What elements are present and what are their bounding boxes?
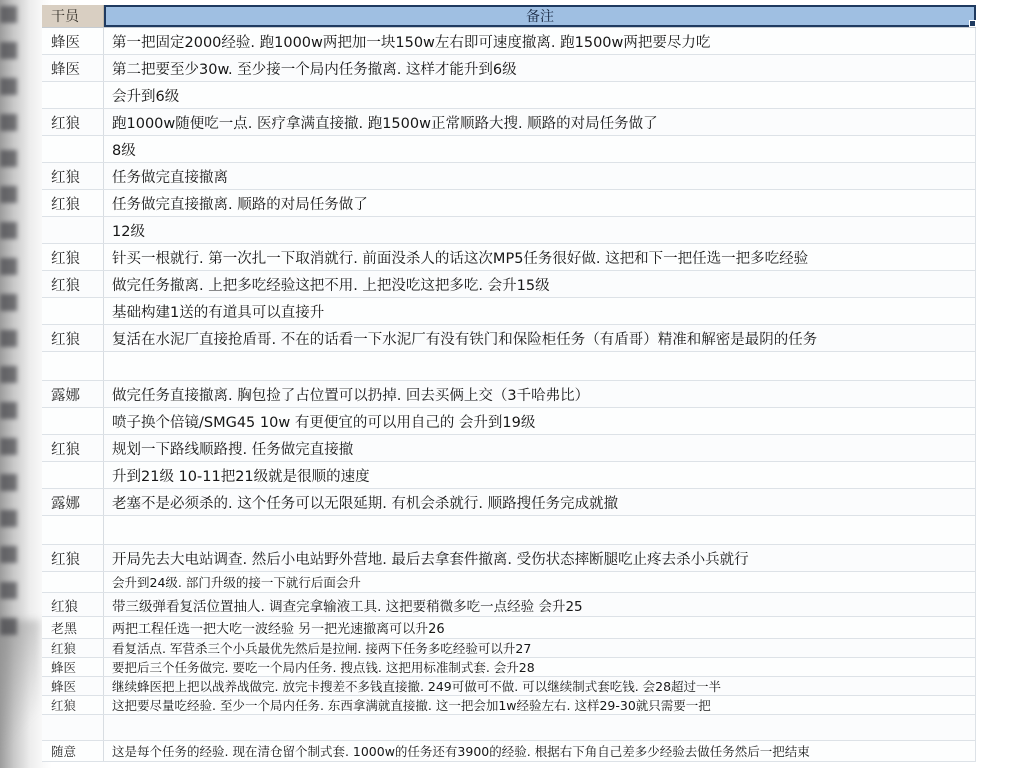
table-row: 12级 <box>42 217 976 244</box>
operator-cell[interactable]: 红狼 <box>42 271 104 297</box>
operator-cell[interactable]: 露娜 <box>42 381 104 407</box>
note-cell[interactable]: 第二把要至少30w. 至少接一个局内任务撤离. 这样才能升到6级 <box>104 55 976 81</box>
operator-cell[interactable]: 老黑 <box>42 617 104 638</box>
table-row: 红狼 带三级弹看复活位置抽人. 调查完拿输液工具. 这把要稍微多吃一点经验 会升… <box>42 593 976 617</box>
table-row: 红狼 任务做完直接撤离. 顺路的对局任务做了 <box>42 190 976 217</box>
note-cell[interactable]: 带三级弹看复活位置抽人. 调查完拿输液工具. 这把要稍微多吃一点经验 会升25 <box>104 593 976 616</box>
table-row: 红狼 这把要尽量吃经验. 至少一个局内任务. 东西拿满就直接撤. 这一把会加1w… <box>42 696 976 715</box>
table-row: 红狼 开局先去大电站调查. 然后小电站野外营地. 最后去拿套件撤离. 受伤状态摔… <box>42 545 976 572</box>
operator-cell[interactable]: 红狼 <box>42 435 104 461</box>
operator-cell[interactable]: 红狼 <box>42 244 104 270</box>
note-cell[interactable]: 任务做完直接撤离 <box>104 163 976 189</box>
table-row: 会升到6级 <box>42 82 976 109</box>
table-header-row: 干员 备注 <box>42 5 976 28</box>
operator-column-header[interactable]: 干员 <box>42 5 104 27</box>
operator-cell[interactable]: 红狼 <box>42 696 104 714</box>
operator-cell[interactable]: 红狼 <box>42 545 104 571</box>
table-row-blank <box>42 352 976 381</box>
note-cell[interactable]: 开局先去大电站调查. 然后小电站野外营地. 最后去拿套件撤离. 受伤状态摔断腿吃… <box>104 545 976 571</box>
note-cell[interactable]: 8级 <box>104 136 976 162</box>
table-row: 升到21级 10-11把21级就是很顺的速度 <box>42 462 976 489</box>
table-row: 红狼 规划一下路线顺路搜. 任务做完直接撤 <box>42 435 976 462</box>
note-cell[interactable]: 第一把固定2000经验. 跑1000w两把加一块150w左右即可速度撤离. 跑1… <box>104 28 976 54</box>
table-row: 红狼 做完任务撤离. 上把多吃经验这把不用. 上把没吃这把多吃. 会升15级 <box>42 271 976 298</box>
background-window-artifacts <box>0 6 17 654</box>
note-cell[interactable]: 升到21级 10-11把21级就是很顺的速度 <box>104 462 976 488</box>
table-row: 红狼 针买一根就行. 第一次扎一下取消就行. 前面没杀人的话这次MP5任务很好做… <box>42 244 976 271</box>
operator-cell[interactable]: 随意 <box>42 741 104 761</box>
table-row: 红狼 跑1000w随便吃一点. 医疗拿满直接撤. 跑1500w正常顺路大搜. 顺… <box>42 109 976 136</box>
operator-cell[interactable]: 红狼 <box>42 109 104 135</box>
note-cell[interactable]: 老塞不是必须杀的. 这个任务可以无限延期. 有机会杀就行. 顺路搜任务完成就撤 <box>104 489 976 515</box>
table-row: 蜂医 第二把要至少30w. 至少接一个局内任务撤离. 这样才能升到6级 <box>42 55 976 82</box>
operator-cell[interactable] <box>42 82 104 108</box>
note-cell[interactable]: 规划一下路线顺路搜. 任务做完直接撤 <box>104 435 976 461</box>
table-row: 蜂医 继续蜂医把上把以战养战做完. 放完卡搜差不多钱直接撤. 249可做可不做.… <box>42 677 976 696</box>
operator-cell[interactable] <box>42 217 104 243</box>
table-row: 红狼 复活在水泥厂直接抢盾哥. 不在的话看一下水泥厂有没有铁门和保险柜任务（有盾… <box>42 325 976 352</box>
note-cell[interactable]: 基础构建1送的有道具可以直接升 <box>104 298 976 324</box>
operator-cell[interactable]: 蜂医 <box>42 28 104 54</box>
note-cell[interactable]: 两把工程任选一把大吃一波经验 另一把光速撤离可以升26 <box>104 617 976 638</box>
operator-cell[interactable] <box>42 298 104 324</box>
note-cell[interactable]: 做完任务直接撤离. 胸包捡了占位置可以扔掉. 回去买俩上交（3千哈弗比） <box>104 381 976 407</box>
table-row: 会升到24级. 部门升级的接一下就行后面会升 <box>42 572 976 593</box>
operator-cell[interactable] <box>42 516 104 544</box>
note-cell[interactable]: 看复活点. 军营杀三个小兵最优先然后是拉闸. 接两下任务多吃经验可以升27 <box>104 639 976 657</box>
operator-cell[interactable] <box>42 462 104 488</box>
note-cell[interactable]: 要把后三个任务做完. 要吃一个局内任务. 搜点钱. 这把用标准制式套. 会升28 <box>104 658 976 676</box>
operator-cell[interactable] <box>42 408 104 434</box>
note-cell[interactable]: 12级 <box>104 217 976 243</box>
operator-cell[interactable]: 蜂医 <box>42 55 104 81</box>
table-row-blank <box>42 516 976 545</box>
table-row-blank <box>42 715 976 741</box>
operator-cell[interactable]: 红狼 <box>42 190 104 216</box>
table-row: 喷子换个倍镜/SMG45 10w 有更便宜的可以用自己的 会升到19级 <box>42 408 976 435</box>
table-row: 8级 <box>42 136 976 163</box>
note-cell[interactable] <box>104 715 976 740</box>
note-cell[interactable] <box>104 352 976 380</box>
note-cell[interactable]: 针买一根就行. 第一次扎一下取消就行. 前面没杀人的话这次MP5任务很好做. 这… <box>104 244 976 270</box>
operator-cell[interactable] <box>42 352 104 380</box>
operator-cell[interactable]: 红狼 <box>42 593 104 616</box>
table-row: 红狼 看复活点. 军营杀三个小兵最优先然后是拉闸. 接两下任务多吃经验可以升27 <box>42 639 976 658</box>
table-row: 红狼 任务做完直接撤离 <box>42 163 976 190</box>
operator-cell[interactable]: 红狼 <box>42 163 104 189</box>
selection-fill-handle[interactable] <box>969 20 976 27</box>
note-cell[interactable]: 做完任务撤离. 上把多吃经验这把不用. 上把没吃这把多吃. 会升15级 <box>104 271 976 297</box>
note-header-label: 备注 <box>526 6 554 26</box>
note-cell[interactable]: 继续蜂医把上把以战养战做完. 放完卡搜差不多钱直接撤. 249可做可不做. 可以… <box>104 677 976 695</box>
table-row: 蜂医 要把后三个任务做完. 要吃一个局内任务. 搜点钱. 这把用标准制式套. 会… <box>42 658 976 677</box>
note-cell[interactable]: 跑1000w随便吃一点. 医疗拿满直接撤. 跑1500w正常顺路大搜. 顺路的对… <box>104 109 976 135</box>
operator-cell[interactable] <box>42 572 104 592</box>
table-row: 老黑 两把工程任选一把大吃一波经验 另一把光速撤离可以升26 <box>42 617 976 639</box>
note-cell[interactable]: 复活在水泥厂直接抢盾哥. 不在的话看一下水泥厂有没有铁门和保险柜任务（有盾哥）精… <box>104 325 976 351</box>
operator-cell[interactable]: 红狼 <box>42 325 104 351</box>
operator-cell[interactable]: 露娜 <box>42 489 104 515</box>
notes-spreadsheet: 干员 备注 蜂医 第一把固定2000经验. 跑1000w两把加一块150w左右即… <box>42 5 976 762</box>
note-cell[interactable] <box>104 516 976 544</box>
note-cell[interactable]: 这把要尽量吃经验. 至少一个局内任务. 东西拿满就直接撤. 这一把会加1w经验左… <box>104 696 976 714</box>
note-cell[interactable]: 喷子换个倍镜/SMG45 10w 有更便宜的可以用自己的 会升到19级 <box>104 408 976 434</box>
table-row: 随意 这是每个任务的经验. 现在清仓留个制式套. 1000w的任务还有3900的… <box>42 741 976 762</box>
note-column-header-selected[interactable]: 备注 <box>104 5 976 27</box>
note-cell[interactable]: 会升到6级 <box>104 82 976 108</box>
table-row: 蜂医 第一把固定2000经验. 跑1000w两把加一块150w左右即可速度撤离.… <box>42 28 976 55</box>
note-cell[interactable]: 任务做完直接撤离. 顺路的对局任务做了 <box>104 190 976 216</box>
operator-cell[interactable]: 蜂医 <box>42 658 104 676</box>
table-row: 露娜 做完任务直接撤离. 胸包捡了占位置可以扔掉. 回去买俩上交（3千哈弗比） <box>42 381 976 408</box>
table-row: 露娜 老塞不是必须杀的. 这个任务可以无限延期. 有机会杀就行. 顺路搜任务完成… <box>42 489 976 516</box>
note-cell[interactable]: 会升到24级. 部门升级的接一下就行后面会升 <box>104 572 976 592</box>
operator-cell[interactable] <box>42 136 104 162</box>
table-row: 基础构建1送的有道具可以直接升 <box>42 298 976 325</box>
operator-cell[interactable] <box>42 715 104 740</box>
operator-cell[interactable]: 红狼 <box>42 639 104 657</box>
operator-cell[interactable]: 蜂医 <box>42 677 104 695</box>
note-cell[interactable]: 这是每个任务的经验. 现在清仓留个制式套. 1000w的任务还有3900的经验.… <box>104 741 976 761</box>
